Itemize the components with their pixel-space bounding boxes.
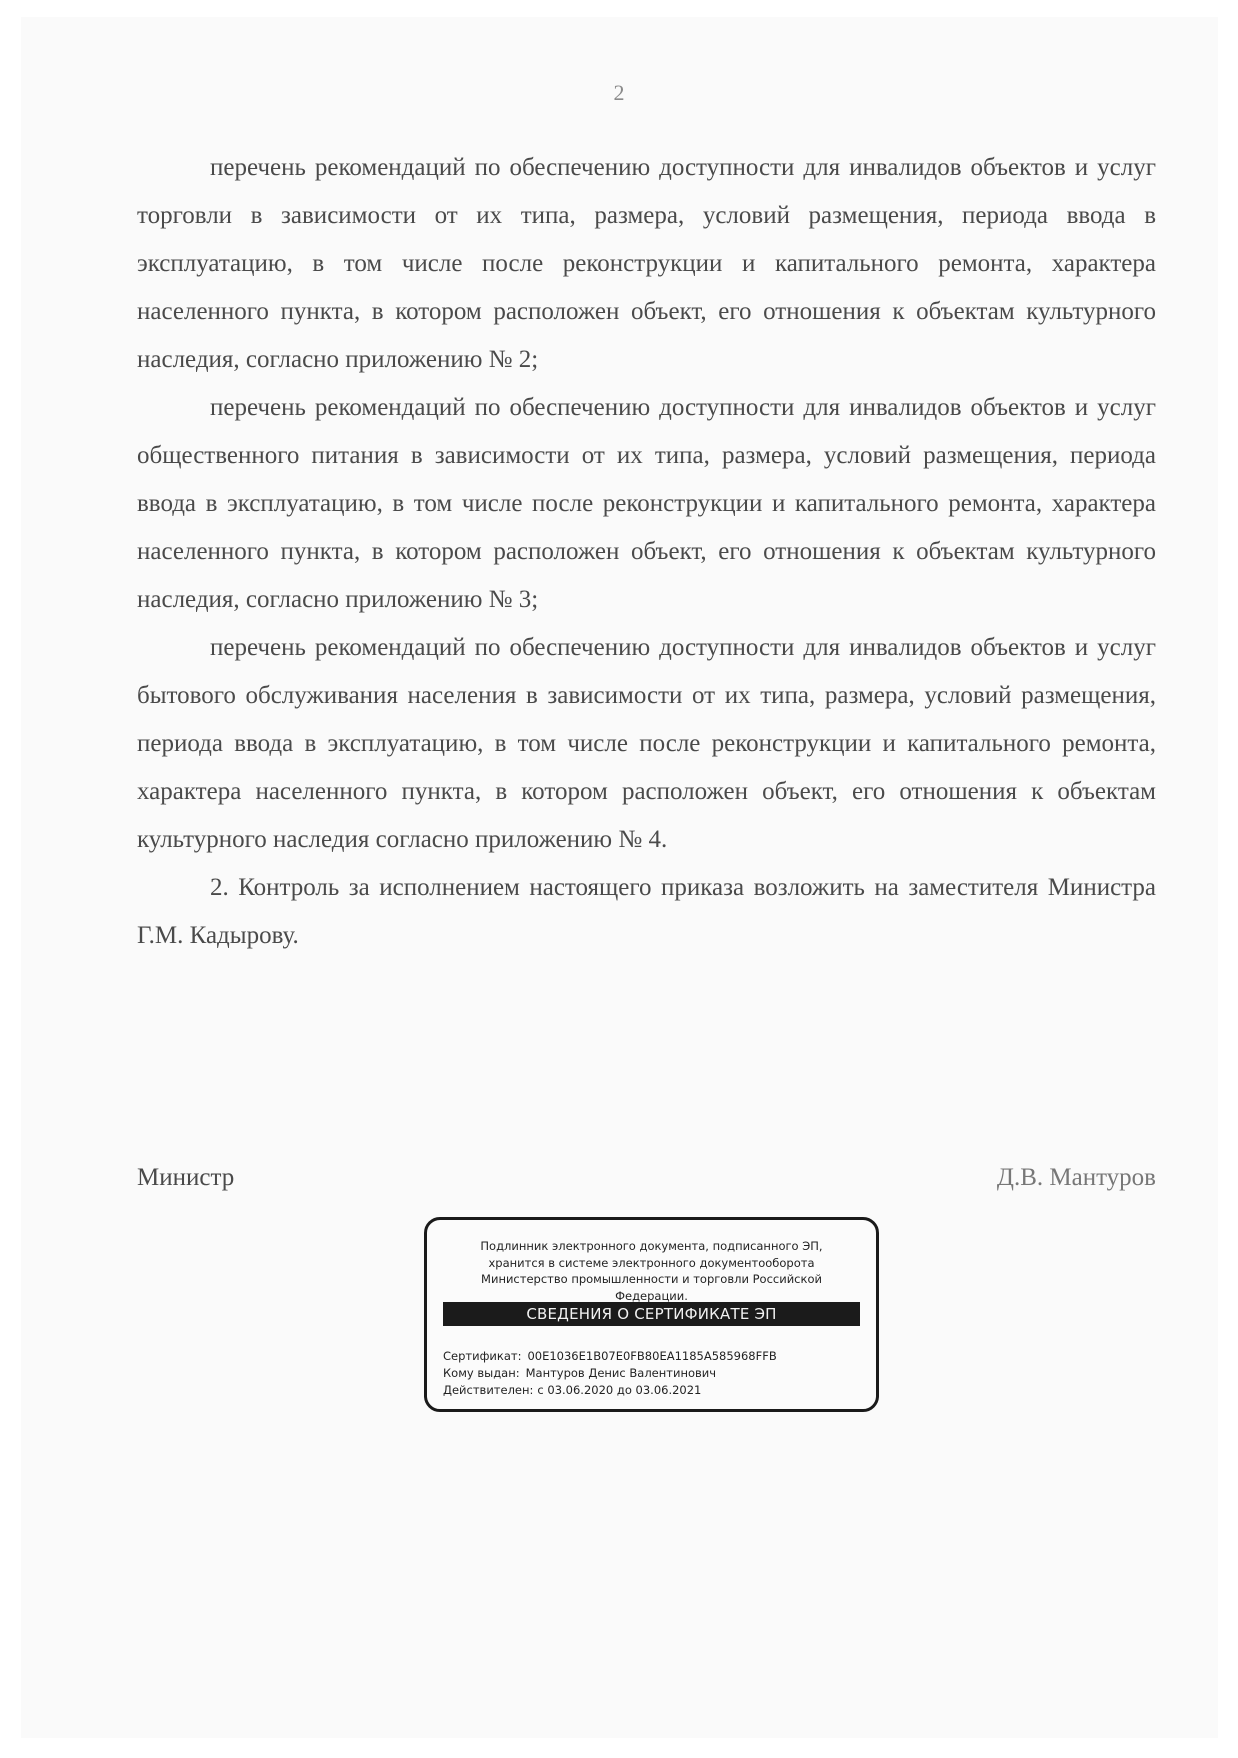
stamp-header-line: Подлинник электронного документа, подпис… <box>427 1238 876 1255</box>
validity-value: с 03.06.2020 до 03.06.2021 <box>537 1383 701 1397</box>
document-body: перечень рекомендаций по обеспечению дос… <box>137 144 1156 960</box>
certificate-details: Сертификат:00E1036E1B07E0FB80EA1185A5859… <box>443 1348 777 1399</box>
paragraph-annex-2: перечень рекомендаций по обеспечению дос… <box>137 144 1156 384</box>
certificate-row: Сертификат:00E1036E1B07E0FB80EA1185A5859… <box>443 1348 777 1365</box>
signatory-name: Д.В. Мантуров <box>997 1158 1156 1198</box>
validity-row: Действителен:с 03.06.2020 до 03.06.2021 <box>443 1382 777 1399</box>
issued-to-label: Кому выдан: <box>443 1365 520 1382</box>
issued-to-value: Мантуров Денис Валентинович <box>526 1366 716 1380</box>
issued-to-row: Кому выдан:Мантуров Денис Валентинович <box>443 1365 777 1382</box>
electronic-signature-stamp: Подлинник электронного документа, подпис… <box>424 1217 879 1412</box>
signature-block: Министр Д.В. Мантуров <box>137 1158 1156 1198</box>
certificate-value: 00E1036E1B07E0FB80EA1185A585968FFB <box>527 1349 776 1363</box>
stamp-header: Подлинник электронного документа, подпис… <box>427 1238 876 1304</box>
signatory-position: Министр <box>137 1158 234 1198</box>
stamp-header-line: хранится в системе электронного документ… <box>427 1255 876 1272</box>
certificate-label: Сертификат: <box>443 1348 521 1365</box>
stamp-banner: СВЕДЕНИЯ О СЕРТИФИКАТЕ ЭП <box>443 1302 860 1326</box>
stamp-header-line: Министерство промышленности и торговли Р… <box>427 1271 876 1288</box>
validity-label: Действителен: <box>443 1382 533 1399</box>
paragraph-annex-3: перечень рекомендаций по обеспечению дос… <box>137 384 1156 624</box>
paragraph-control-clause: 2. Контроль за исполнением настоящего пр… <box>137 864 1156 960</box>
page-number: 2 <box>0 78 1238 108</box>
paragraph-annex-4: перечень рекомендаций по обеспечению дос… <box>137 624 1156 864</box>
